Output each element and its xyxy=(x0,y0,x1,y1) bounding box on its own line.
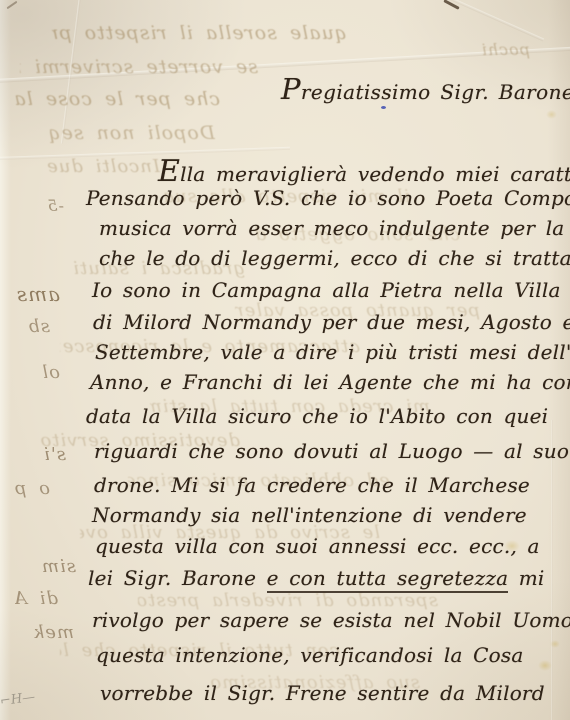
letter-line: drone. Mi si fa credere che il Marchese xyxy=(94,473,530,497)
letter-line: lei Sigr. Barone e con tutta segretezza … xyxy=(88,566,545,590)
letter-line-segment: lei Sigr. Barone xyxy=(88,566,267,590)
letter-line: data la Villa sicuro che io l'Abito con … xyxy=(86,404,548,428)
letter-line: riguardi che sono dovuti al Luogo — al s… xyxy=(94,439,570,463)
letter-line: musica vorrà esser meco indulgente per l… xyxy=(99,216,570,240)
underlined-phrase: e con tutta segretezza xyxy=(267,566,509,593)
letter-line: Normandy sia nell'intenzione di vendere xyxy=(92,503,527,527)
letter-line: Anno, e Franchi di lei Agente che mi ha … xyxy=(90,370,570,394)
letter-line: Settembre, vale a dire i più tristi mesi… xyxy=(95,340,570,364)
salutation: Pregiatissimo Sigr. Barone. xyxy=(281,72,570,106)
letter-photo: ⌐H— quale sorella il rispetto prego di u… xyxy=(0,0,570,720)
letter-line: Pensando però V.S. che io sono Poeta Com… xyxy=(86,186,570,210)
letter-line: che le do di leggermi, ecco di che si tr… xyxy=(99,246,570,270)
letter-line: vorrebbe il Sigr. Frene sentire da Milor… xyxy=(100,681,545,705)
letter-line: Ella meraviglierà vedendo miei caratteri… xyxy=(158,154,570,189)
letter-line: di Milord Normandy per due mesi, Agosto … xyxy=(93,310,570,334)
letter-line: Io sono in Campagna alla Pietra nella Vi… xyxy=(92,278,561,302)
letter-line-segment: mi xyxy=(508,566,544,590)
letter-line: questa villa con suoi annessi ecc. ecc.,… xyxy=(95,534,540,558)
letter-line: rivolgo per sapere se esista nel Nobil U… xyxy=(92,608,570,632)
letter-line: questa intenzione, verificandosi la Cosa xyxy=(96,643,524,667)
letter-text: Pregiatissimo Sigr. Barone. Ella meravig… xyxy=(0,0,570,720)
